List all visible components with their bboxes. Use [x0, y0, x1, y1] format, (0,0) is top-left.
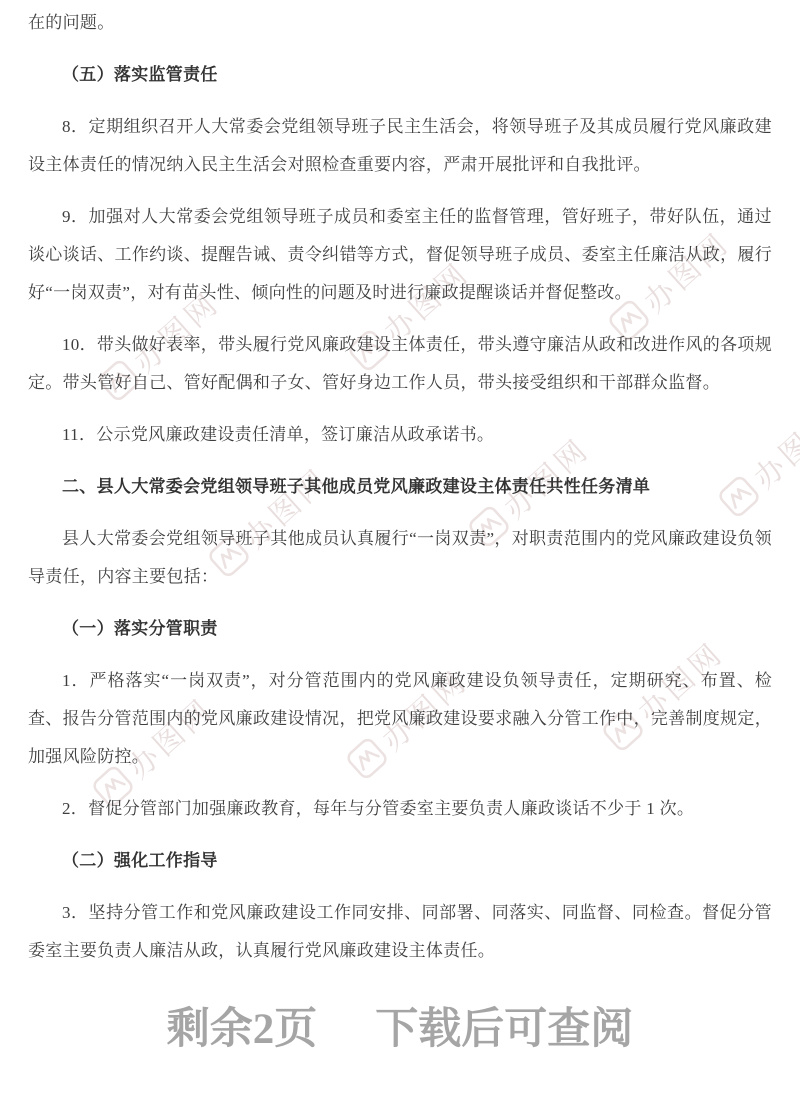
download-to-view-label: 下载后可查阅 [375, 1006, 633, 1053]
paragraph: 9．加强对人大常委会党组领导班子成员和委室主任的监督管理，管好班子，带好队伍，通… [28, 198, 772, 312]
footer-banner: 剩余2页下载后可查阅 [0, 1000, 800, 1060]
paragraph: 县人大常委会党组领导班子其他成员认真履行“一岗双责”，对职责范围内的党风廉政建设… [28, 520, 772, 596]
paragraph: 在的问题。 [28, 4, 772, 42]
document-body: 在的问题。（五）落实监管责任8．定期组织召开人大常委会党组领导班子民主生活会，将… [28, 4, 772, 984]
section-heading: 二、县人大常委会党组领导班子其他成员党风廉政建设主体责任共性任务清单 [28, 468, 772, 506]
section-heading: （五）落实监管责任 [28, 56, 772, 94]
section-heading: （二）强化工作指导 [28, 842, 772, 880]
paragraph: 2．督促分管部门加强廉政教育，每年与分管委室主要负责人廉政谈话不少于 1 次。 [28, 790, 772, 828]
paragraph: 10．带头做好表率，带头履行党风廉政建设主体责任，带头遵守廉洁从政和改进作风的各… [28, 326, 772, 402]
document-page: 办图网办图网办图网办图网办图网办图网办图网办图网办图网 在的问题。（五）落实监管… [0, 0, 800, 1114]
paragraph: 8．定期组织召开人大常委会党组领导班子民主生活会，将领导班子及其成员履行党风廉政… [28, 108, 772, 184]
paragraph: 11．公示党风廉政建设责任清单，签订廉洁从政承诺书。 [28, 416, 772, 454]
section-heading: （一）落实分管职责 [28, 610, 772, 648]
paragraph: 3．坚持分管工作和党风廉政建设工作同安排、同部署、同落实、同监督、同检查。督促分… [28, 894, 772, 970]
remaining-pages-label: 剩余2页 [167, 1006, 318, 1053]
paragraph: 1．严格落实“一岗双责”，对分管范围内的党风廉政建设负领导责任，定期研究、布置、… [28, 662, 772, 776]
